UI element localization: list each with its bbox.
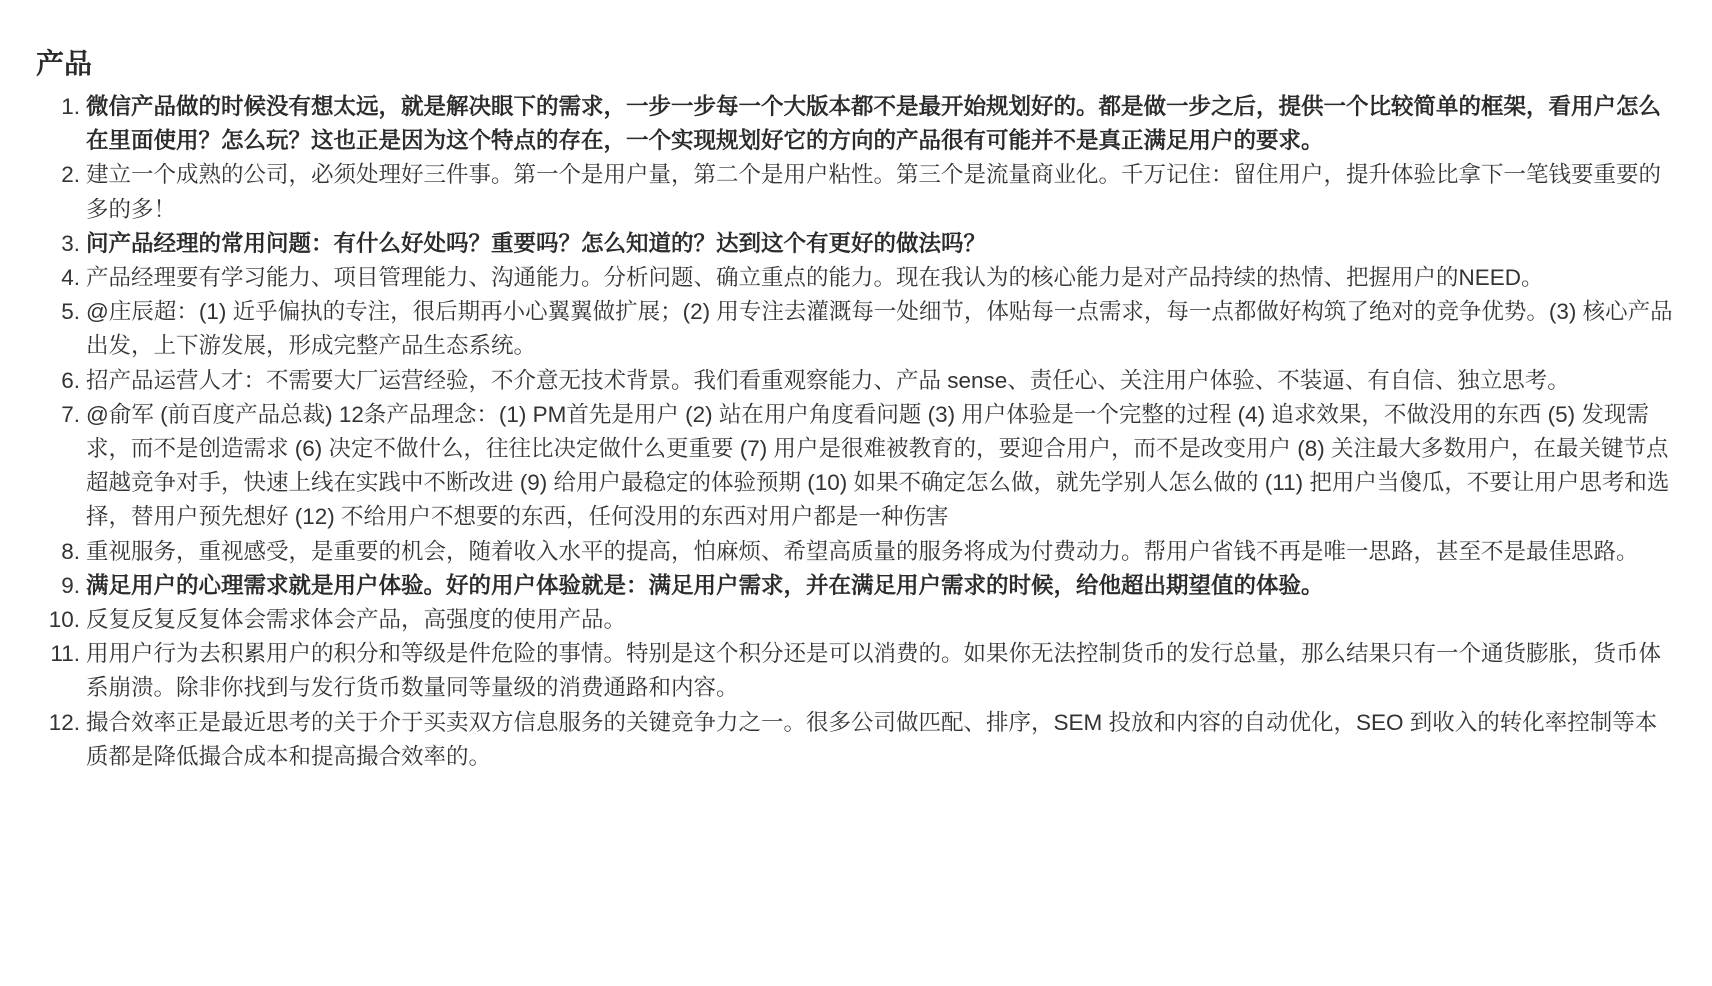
list-item-text: 问产品经理的常用问题：有什么好处吗？重要吗？怎么知道的？达到这个有更好的做法吗？ xyxy=(86,227,1676,261)
list-item: 9. 满足用户的心理需求就是用户体验。好的用户体验就是：满足用户需求，并在满足用… xyxy=(36,569,1676,603)
list-item-text: 产品经理要有学习能力、项目管理能力、沟通能力。分析问题、确立重点的能力。现在我认… xyxy=(86,261,1676,295)
list-number: 2. xyxy=(36,158,86,226)
list-item-text: 招产品运营人才：不需要大厂运营经验，不介意无技术背景。我们看重观察能力、产品 s… xyxy=(86,364,1676,398)
list-number: 6. xyxy=(36,364,86,398)
list-number: 11. xyxy=(36,637,86,705)
list-number: 9. xyxy=(36,569,86,603)
list-item-text: 重视服务，重视感受，是重要的机会，随着收入水平的提高，怕麻烦、希望高质量的服务将… xyxy=(86,535,1676,569)
list-number: 10. xyxy=(36,603,86,637)
numbered-list: 1. 微信产品做的时候没有想太远，就是解决眼下的需求，一步一步每一个大版本都不是… xyxy=(36,90,1676,774)
list-item: 2. 建立一个成熟的公司，必须处理好三件事。第一个是用户量，第二个是用户粘性。第… xyxy=(36,158,1676,226)
list-item-text: 满足用户的心理需求就是用户体验。好的用户体验就是：满足用户需求，并在满足用户需求… xyxy=(86,569,1676,603)
list-number: 1. xyxy=(36,90,86,158)
list-item: 6. 招产品运营人才：不需要大厂运营经验，不介意无技术背景。我们看重观察能力、产… xyxy=(36,364,1676,398)
list-item-text: 反复反复反复体会需求体会产品，高强度的使用产品。 xyxy=(86,603,1676,637)
list-item: 3. 问产品经理的常用问题：有什么好处吗？重要吗？怎么知道的？达到这个有更好的做… xyxy=(36,227,1676,261)
list-item: 11. 用用户行为去积累用户的积分和等级是件危险的事情。特别是这个积分还是可以消… xyxy=(36,637,1676,705)
list-item-text: @庄辰超：(1) 近乎偏执的专注，很后期再小心翼翼做扩展；(2) 用专注去灌溉每… xyxy=(86,295,1676,363)
list-item: 1. 微信产品做的时候没有想太远，就是解决眼下的需求，一步一步每一个大版本都不是… xyxy=(36,90,1676,158)
list-item-text: @俞军 (前百度产品总裁) 12条产品理念：(1) PM首先是用户 (2) 站在… xyxy=(86,398,1676,535)
list-number: 8. xyxy=(36,535,86,569)
list-number: 4. xyxy=(36,261,86,295)
document: 产品 1. 微信产品做的时候没有想太远，就是解决眼下的需求，一步一步每一个大版本… xyxy=(36,44,1676,774)
list-item-text: 撮合效率正是最近思考的关于介于买卖双方信息服务的关键竞争力之一。很多公司做匹配、… xyxy=(86,706,1676,774)
section-heading: 产品 xyxy=(36,44,1676,84)
list-item: 7. @俞军 (前百度产品总裁) 12条产品理念：(1) PM首先是用户 (2)… xyxy=(36,398,1676,535)
list-item: 10. 反复反复反复体会需求体会产品，高强度的使用产品。 xyxy=(36,603,1676,637)
list-item: 12. 撮合效率正是最近思考的关于介于买卖双方信息服务的关键竞争力之一。很多公司… xyxy=(36,706,1676,774)
list-item: 4. 产品经理要有学习能力、项目管理能力、沟通能力。分析问题、确立重点的能力。现… xyxy=(36,261,1676,295)
list-number: 3. xyxy=(36,227,86,261)
list-item-text: 用用户行为去积累用户的积分和等级是件危险的事情。特别是这个积分还是可以消费的。如… xyxy=(86,637,1676,705)
list-item-text: 建立一个成熟的公司，必须处理好三件事。第一个是用户量，第二个是用户粘性。第三个是… xyxy=(86,158,1676,226)
list-item-text: 微信产品做的时候没有想太远，就是解决眼下的需求，一步一步每一个大版本都不是最开始… xyxy=(86,90,1676,158)
list-number: 5. xyxy=(36,295,86,363)
list-item: 5. @庄辰超：(1) 近乎偏执的专注，很后期再小心翼翼做扩展；(2) 用专注去… xyxy=(36,295,1676,363)
list-number: 12. xyxy=(36,706,86,774)
list-number: 7. xyxy=(36,398,86,535)
list-item: 8. 重视服务，重视感受，是重要的机会，随着收入水平的提高，怕麻烦、希望高质量的… xyxy=(36,535,1676,569)
